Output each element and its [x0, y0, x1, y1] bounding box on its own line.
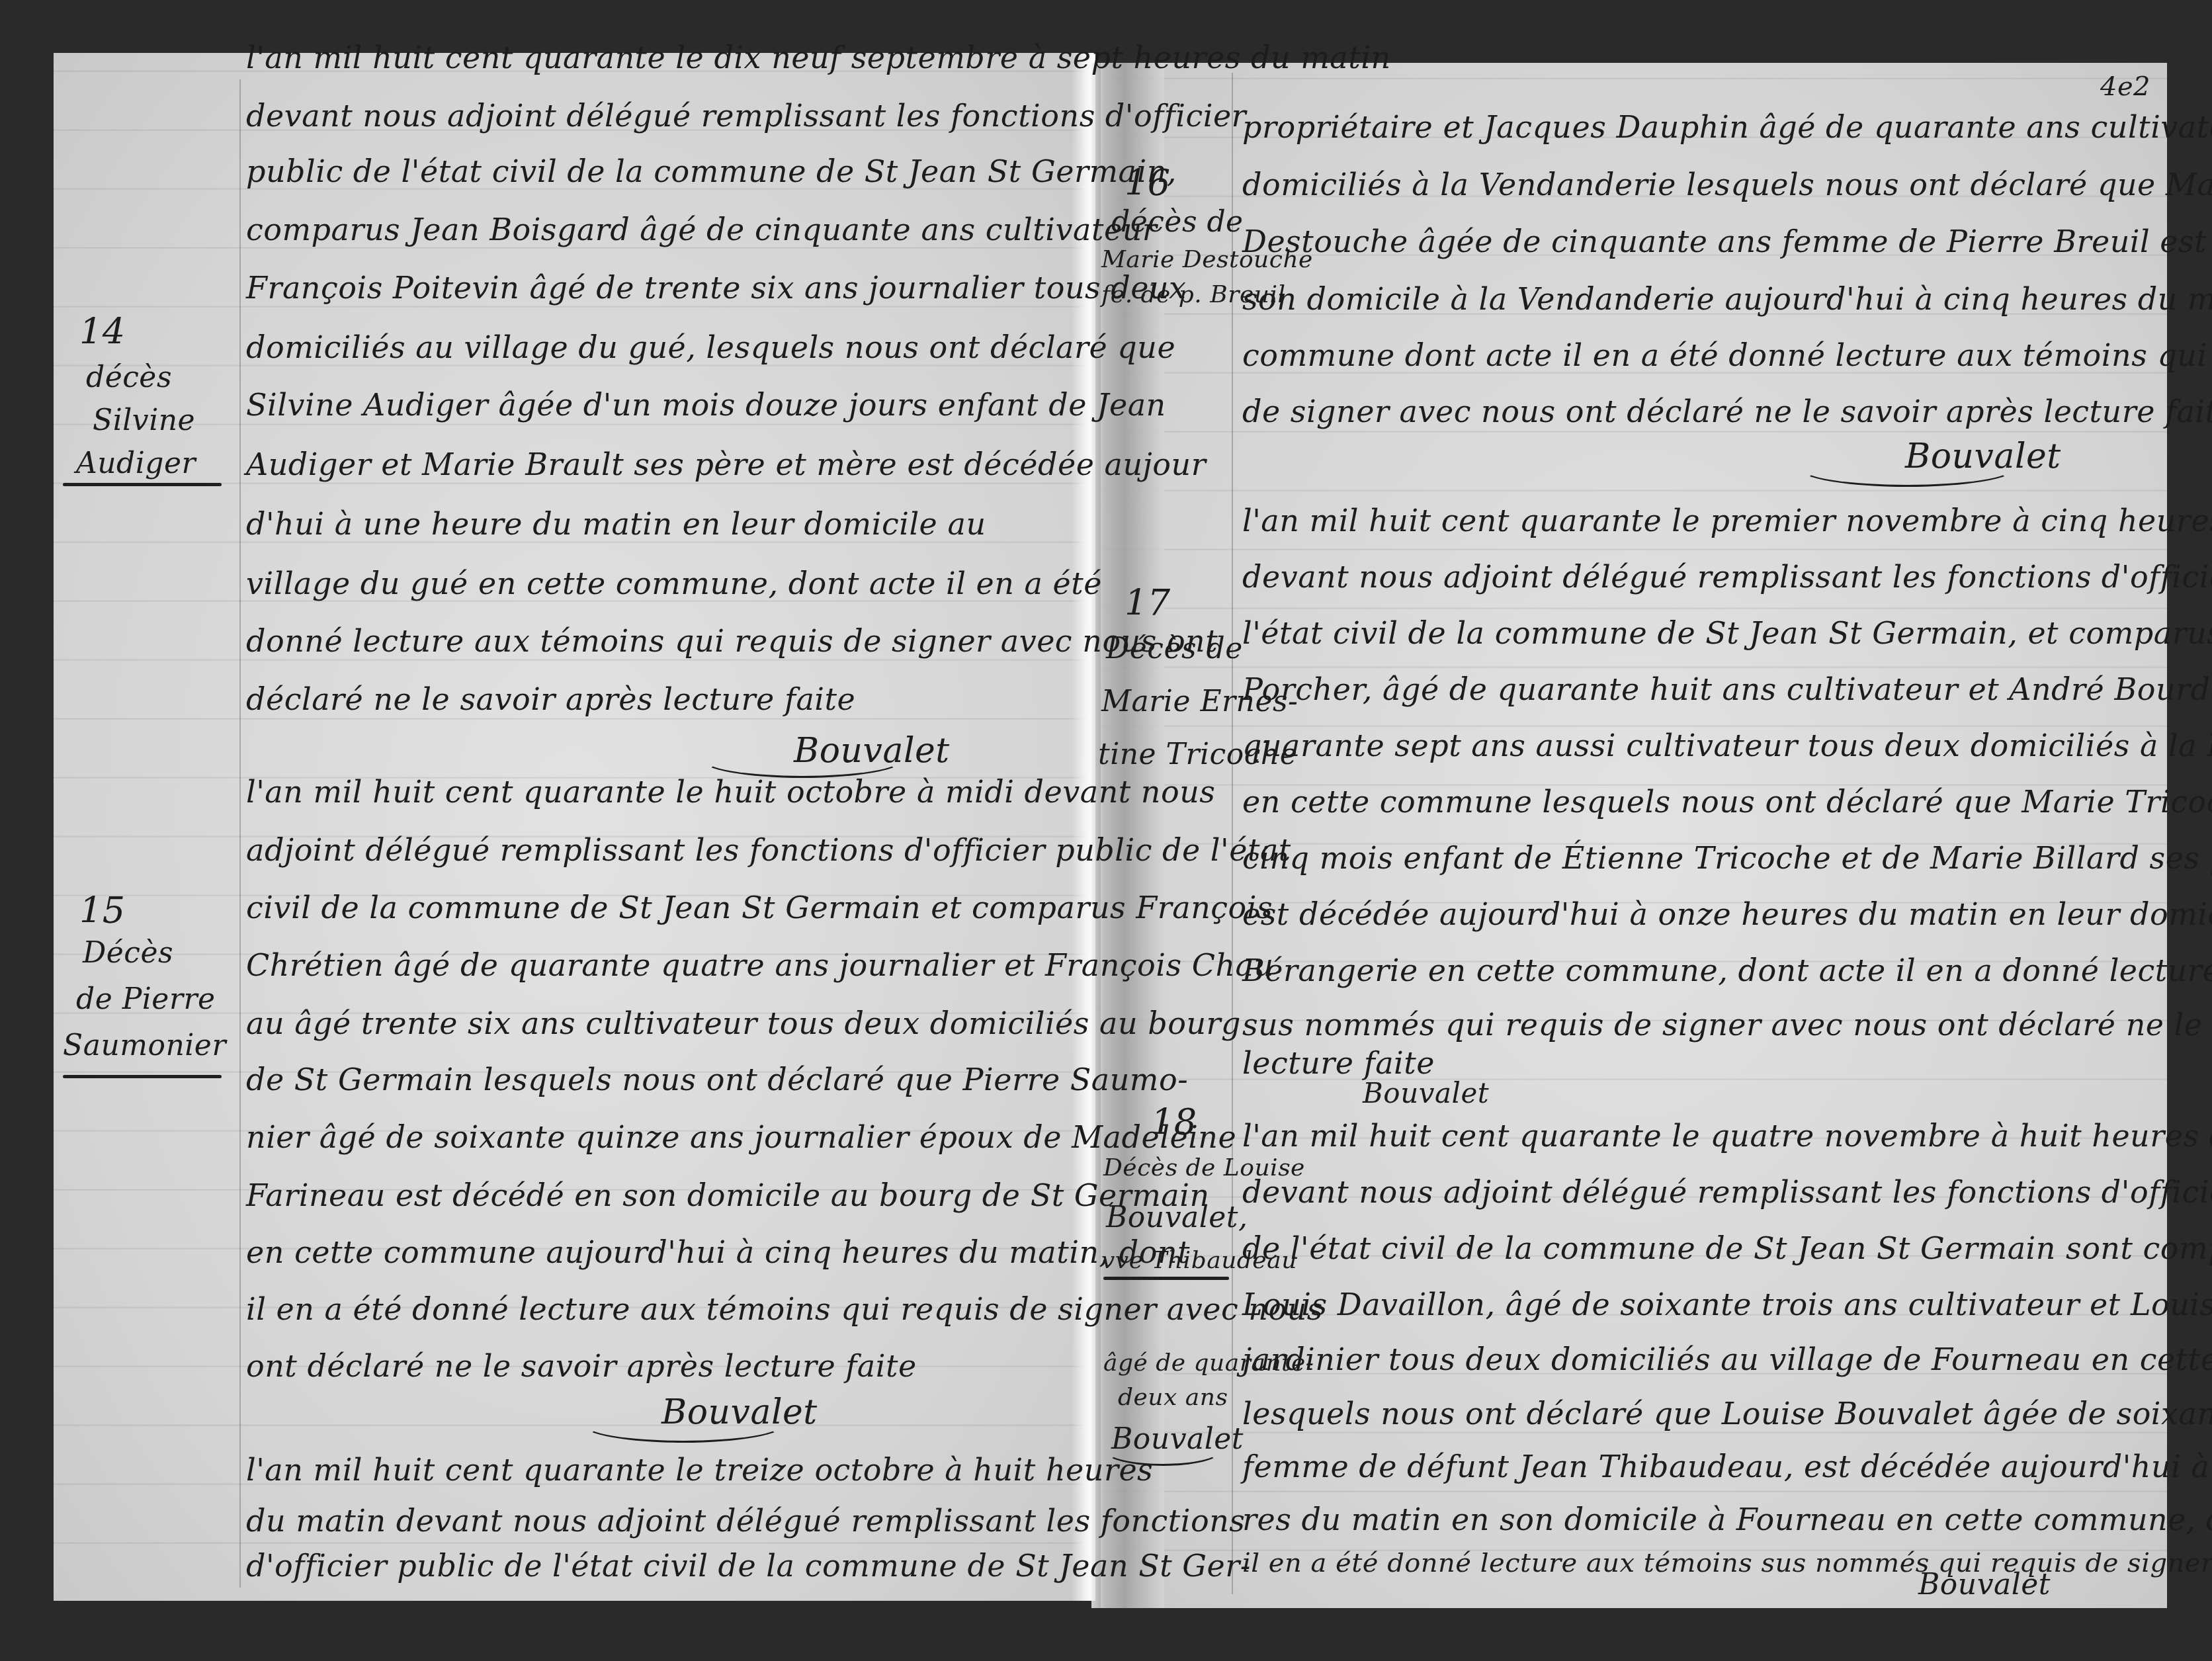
right-line: cinq mois enfant de Étienne Tricoche et …: [1242, 840, 2212, 876]
right-line: sus nommés qui requis de signer avec nou…: [1242, 1007, 2212, 1043]
left-line: Silvine Audiger âgée d'un mois douze jou…: [246, 387, 1166, 423]
right-line: lesquels nous ont déclaré que Louise Bou…: [1242, 1396, 2212, 1431]
left-line: Chrétien âgé de quarante quatre ans jour…: [246, 947, 1274, 983]
margin-note: décès: [86, 361, 172, 394]
right-line: en cette commune lesquels nous ont décla…: [1242, 784, 2212, 820]
entry-separator: [1103, 1277, 1229, 1280]
margin-note: Silvine: [93, 404, 195, 437]
right-line: de l'état civil de la commune de St Jean…: [1242, 1230, 2212, 1266]
left-line: donné lecture aux témoins qui requis de …: [246, 623, 1218, 659]
right-line: son domicile à la Vendanderie aujourd'hu…: [1242, 281, 2212, 317]
left-line: l'an mil huit cent quarante le huit octo…: [246, 774, 1215, 810]
right-line: domiciliés à la Vendanderie lesquels nou…: [1242, 167, 2212, 202]
page-number: 4e2: [2100, 71, 2150, 102]
margin-note: Audiger: [76, 447, 196, 480]
left-line: adjoint délégué remplissant les fonction…: [246, 832, 1291, 868]
left-line: devant nous adjoint délégué remplissant …: [246, 98, 1246, 134]
margin-note: Saumonier: [63, 1029, 226, 1062]
right-line: Bérangerie en cette commune, dont acte i…: [1242, 953, 2212, 988]
left-line: public de l'état civil de la commune de …: [246, 153, 1177, 189]
margin-note: décès de: [1111, 205, 1244, 239]
left-line: de St Germain lesquels nous ont déclaré …: [246, 1062, 1188, 1097]
right-line: femme de défunt Jean Thibaudeau, est déc…: [1242, 1449, 2212, 1484]
left-line: l'an mil huit cent quarante le dix neuf …: [246, 40, 1391, 75]
margin-note: Décès: [83, 936, 173, 970]
right-line: res du matin en son domicile à Fourneau …: [1242, 1502, 2212, 1537]
left-line: d'hui à une heure du matin en leur domic…: [246, 506, 986, 542]
right-line: quarante sept ans aussi cultivateur tous…: [1242, 728, 2212, 763]
entry-number-16: 16: [1125, 162, 1171, 204]
signature: Bouvalet: [1918, 1568, 2051, 1601]
margin-note: de Pierre: [76, 982, 216, 1016]
margin-note: tine Tricoche: [1098, 738, 1297, 771]
right-line: de signer avec nous ont déclaré ne le sa…: [1242, 394, 2212, 429]
margin-note: vve Thibaudeau: [1101, 1247, 1297, 1274]
left-line: nier âgé de soixante quinze ans journali…: [246, 1119, 1236, 1155]
right-line: Louis Davaillon, âgé de soixante trois a…: [1242, 1287, 2212, 1322]
signature-flourish: [582, 1406, 785, 1443]
entry-number-15: 15: [79, 890, 126, 931]
right-line: l'an mil huit cent quarante le quatre no…: [1242, 1118, 2212, 1154]
right-line: devant nous adjoint délégué remplissant …: [1242, 1174, 2212, 1210]
margin-note: fe. de p. Breuil: [1101, 281, 1285, 308]
entry-number-17: 17: [1125, 582, 1171, 624]
right-line: devant nous adjoint délégué remplissant …: [1242, 559, 2212, 595]
margin-correction: âgé de quarante-: [1103, 1349, 1314, 1377]
left-line: comparus Jean Boisgard âgé de cinquante …: [246, 212, 1157, 247]
left-line: du matin devant nous adjoint délégué rem…: [246, 1503, 1245, 1539]
right-line: est décédée aujourd'hui à onze heures du…: [1242, 896, 2212, 932]
margin-correction: deux ans: [1118, 1384, 1228, 1411]
entry-separator: [63, 1075, 222, 1078]
left-line: ont déclaré ne le savoir après lecture f…: [246, 1348, 917, 1384]
margin-note: Décès de Louise: [1103, 1154, 1305, 1181]
left-line: Audiger et Marie Brault ses père et mère…: [246, 447, 1206, 482]
entry-separator: [63, 483, 222, 486]
left-line: en cette commune aujourd'hui à cinq heur…: [246, 1234, 1190, 1270]
entry-number-18: 18: [1151, 1101, 1197, 1143]
right-line: commune dont acte il en a été donné lect…: [1242, 337, 2212, 373]
left-line: déclaré ne le savoir après lecture faite: [246, 681, 855, 717]
margin-note: Bouvalet,: [1106, 1201, 1248, 1234]
left-line: village du gué en cette commune, dont ac…: [246, 566, 1102, 601]
signature-flourish: [1799, 450, 2015, 487]
left-line: François Poitevin âgé de trente six ans …: [246, 270, 1186, 306]
entry-number-14: 14: [79, 311, 126, 353]
right-line: jardinier tous deux domiciliés au villag…: [1242, 1342, 2212, 1377]
left-line: il en a été donné lecture aux témoins qu…: [246, 1291, 1323, 1327]
right-line: propriétaire et Jacques Dauphin âgé de q…: [1242, 109, 2212, 145]
signature: Bouvalet: [1363, 1077, 1489, 1109]
right-line: lecture faite: [1242, 1045, 1435, 1081]
signature-flourish: [1105, 1435, 1221, 1466]
signature-flourish: [701, 741, 904, 778]
right-line: l'an mil huit cent quarante le premier n…: [1242, 503, 2212, 538]
left-line: au âgé trente six ans cultivateur tous d…: [246, 1005, 1241, 1041]
left-line: civil de la commune de St Jean St Germai…: [246, 890, 1273, 925]
left-line: l'an mil huit cent quarante le treize oc…: [246, 1452, 1153, 1488]
right-line: Porcher, âgé de quarante huit ans cultiv…: [1242, 671, 2212, 707]
margin-note: Marie Ernes-: [1101, 685, 1298, 718]
left-margin-rule: [239, 79, 241, 1588]
right-line: l'état civil de la commune de St Jean St…: [1242, 615, 2212, 651]
margin-note: Marie Destouche: [1101, 246, 1313, 273]
margin-note: Décès de: [1106, 632, 1243, 665]
left-line: domiciliés au village du gué, lesquels n…: [246, 329, 1175, 365]
right-line: Destouche âgée de cinquante ans femme de…: [1242, 224, 2212, 259]
left-line: Farineau est décédé en son domicile au b…: [246, 1177, 1210, 1213]
right-line: il en a été donné lecture aux témoins su…: [1242, 1548, 2212, 1578]
left-line: d'officier public de l'état civil de la …: [246, 1548, 1251, 1584]
